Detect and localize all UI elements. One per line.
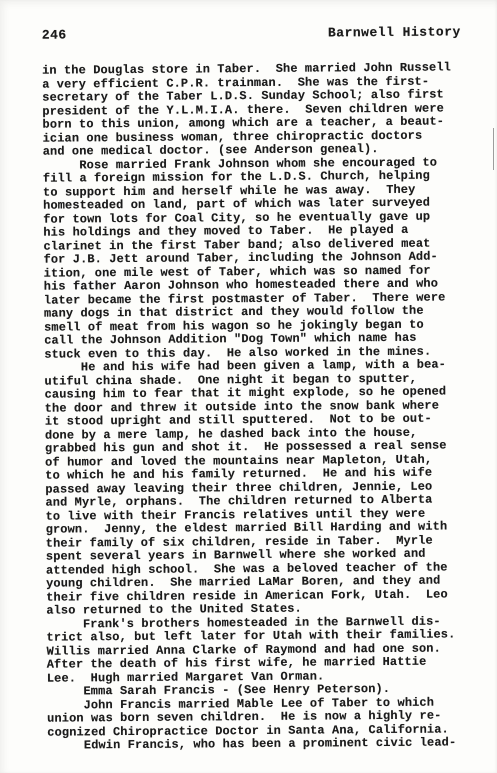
paragraph-3: He and his wife had been given a lamp, w… xyxy=(44,358,465,618)
scan-artifact xyxy=(493,128,494,170)
page-header-title: Barnwell History xyxy=(328,24,461,40)
page-body: in the Douglas store in Taber. She marri… xyxy=(42,61,466,753)
page-number: 246 xyxy=(42,27,67,42)
paragraph-4: Frank's brothers homesteaded in the Barn… xyxy=(46,615,466,686)
paragraph-7: Edwin Francis, who has been a prominent … xyxy=(47,736,466,753)
page-header: 246 Barnwell History xyxy=(42,24,461,42)
paragraph-6: John Francis married Mable Lee of Taber … xyxy=(47,696,466,740)
paragraph-1: in the Douglas store in Taber. She marri… xyxy=(42,61,462,159)
paragraph-2: Rose married Frank Johnson whom she enco… xyxy=(43,156,464,362)
scanned-book-page: 246 Barnwell History in the Douglas stor… xyxy=(0,0,497,773)
